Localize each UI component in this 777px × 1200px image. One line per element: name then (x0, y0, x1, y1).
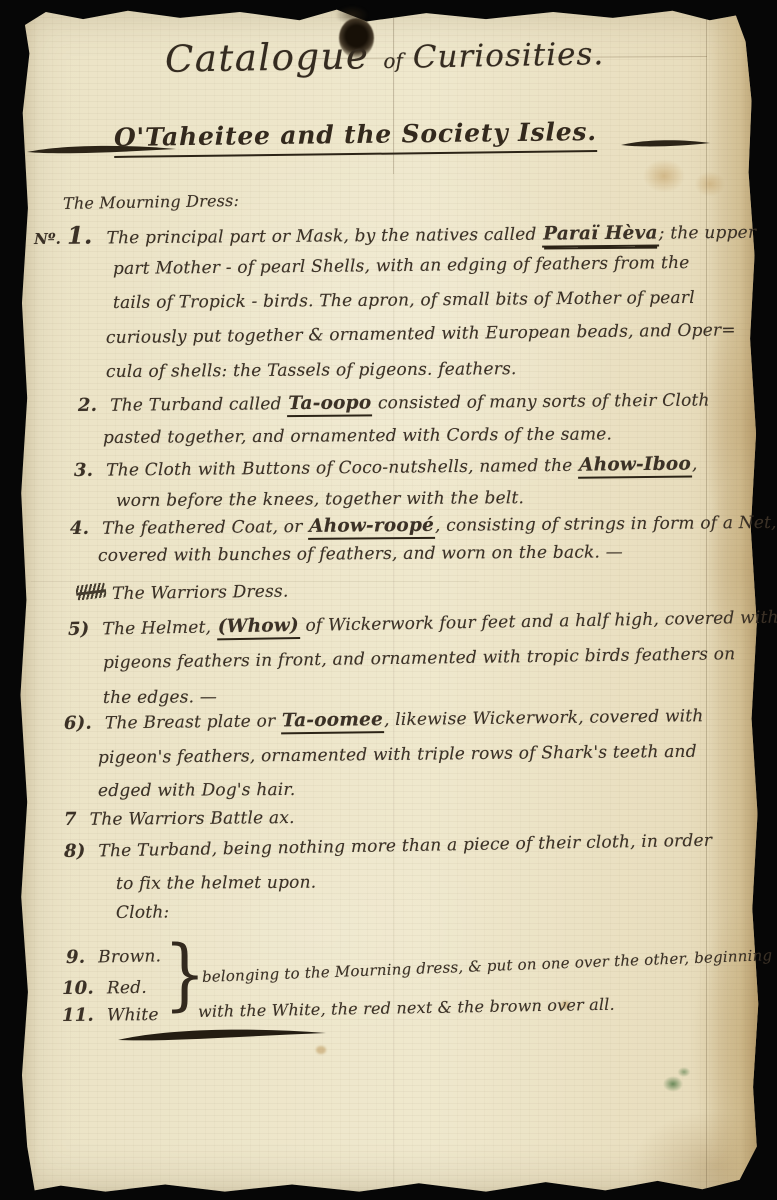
item-5-line-3: the edges. — (103, 687, 217, 708)
native-term-parai-heva: Paraï Hèva (542, 223, 659, 248)
item-5-line-2: pigeons feathers in front, and ornamente… (103, 644, 736, 673)
item-5-text-tail: of Wickerwork four feet and a half high,… (300, 608, 777, 636)
item-11-line: 11.White (62, 1004, 159, 1027)
item-2-text-tail: consisted of many sorts of their Cloth (372, 390, 710, 413)
flourish-underline (116, 1026, 330, 1044)
item-6-number: 6). (64, 713, 92, 734)
item-1-line-3: tails of Tropick - birds. The apron, of … (113, 288, 695, 313)
native-term-ta-oomee: Ta-oomee (281, 709, 384, 734)
item-9-line: 9.Brown. (66, 945, 162, 968)
item-2-line-2: pasted together, and ornamented with Cor… (103, 424, 612, 448)
brace-note-line-1: belonging to the Mourning dress, & put o… (202, 946, 773, 986)
item-3-text-tail: , (692, 454, 698, 474)
item-1-line-1: Nº.1.The principal part or Mask, by the … (34, 216, 756, 251)
page-subtitle: O'Taheitee and the Society Isles. (114, 117, 597, 158)
section-heading-mourning-dress: The Mourning Dress: (63, 191, 239, 213)
item-1-line-5: cula of shells: the Tassels of pigeons. … (106, 359, 517, 382)
item-9-number: 9. (66, 947, 86, 968)
item-8-line-2: to fix the helmet upon. (116, 873, 316, 895)
item-7-number: 7 (64, 809, 77, 830)
item-3-line-1: 3.The Cloth with Buttons of Coco-nutshel… (74, 453, 698, 482)
title-word-curiosities: Curiosities. (413, 36, 605, 75)
item-2-text: The Turband called (110, 394, 287, 416)
scratched-out-number (75, 582, 107, 601)
title-word-catalogue: Catalogue (165, 34, 370, 81)
item-6-line-2: pigeon's feathers, ornamented with tripl… (98, 742, 697, 769)
item-4-number: 4. (70, 518, 89, 539)
native-term-ahow-roope: Ahow-roopé (308, 515, 435, 540)
native-term-ta-oopo: Ta-oopo (287, 392, 372, 417)
item-1-number: 1. (67, 220, 93, 249)
item-11-label: White (107, 1005, 159, 1026)
item-2-number: 2. (78, 395, 97, 416)
item-8-line-1: 8)The Turband, being nothing more than a… (64, 830, 712, 863)
item-4-text: The feathered Coat, or (102, 517, 308, 539)
photo-background: CatalogueofCuriosities. O'Taheitee and t… (0, 0, 777, 1200)
item-10-number: 10. (62, 978, 94, 999)
item-8-number: 8) (64, 841, 86, 862)
native-term-ahow-iboo: Ahow-Iboo (578, 454, 692, 479)
item-7-text: The Warriors Battle ax. (90, 808, 295, 830)
item-4-line-2: covered with bunches of feathers, and wo… (98, 542, 623, 566)
page-title: CatalogueofCuriosities. (165, 30, 605, 81)
item-1-prefix: Nº. (34, 230, 61, 248)
title-word-of: of (383, 49, 403, 73)
item-10-label: Red. (107, 978, 147, 999)
item-9-label: Brown. (98, 946, 161, 967)
item-5-text: The Helmet, (102, 617, 217, 639)
item-3-line-2: worn before the knees, together with the… (116, 488, 524, 511)
item-6-text: The Breast plate or (105, 711, 281, 733)
item-3-number: 3. (74, 460, 93, 481)
item-2-line-1: 2.The Turband called Ta-oopo consisted o… (78, 389, 710, 417)
item-1-text-tail: ; the upper (659, 223, 757, 244)
handwritten-ink-layer: CatalogueofCuriosities. O'Taheitee and t… (0, 0, 777, 1200)
item-10-line: 10.Red. (62, 977, 147, 1000)
section-heading-cloth: Cloth: (116, 902, 170, 923)
item-4-text-tail: , consisting of strings in form of a Net… (435, 513, 777, 536)
native-term-whow: (Whow) (217, 615, 301, 640)
flourish-dash-right (620, 138, 712, 150)
item-4-line-1: 4.The feathered Coat, or Ahow-roopé, con… (70, 512, 777, 540)
item-1-line-4: curiously put together & ornamented with… (106, 320, 736, 348)
item-6-line-1: 6).The Breast plate or Ta-oomee, likewis… (64, 705, 704, 735)
item-7-line-1: 7The Warriors Battle ax. (64, 807, 295, 831)
item-8-text: The Turband, being nothing more than a p… (98, 831, 712, 862)
brace-note-line-2: with the White, the red next & the brown… (198, 995, 615, 1021)
item-1-text: The principal part or Mask, by the nativ… (106, 225, 542, 249)
item-1-line-2: part Mother - of pearl Shells, with an e… (113, 253, 690, 279)
item-6-line-3: edged with Dog's hair. (98, 780, 296, 801)
item-5-line-1: 5)The Helmet, (Whow) of Wickerwork four … (68, 607, 777, 642)
item-3-text: The Cloth with Buttons of Coco-nutshells… (106, 456, 578, 481)
item-11-number: 11. (62, 1005, 94, 1026)
item-5-number: 5) (68, 619, 90, 640)
item-6-text-tail: , likewise Wickerwork, covered with (384, 706, 704, 730)
section-heading-warriors-dress: The Warriors Dress. (112, 582, 289, 605)
